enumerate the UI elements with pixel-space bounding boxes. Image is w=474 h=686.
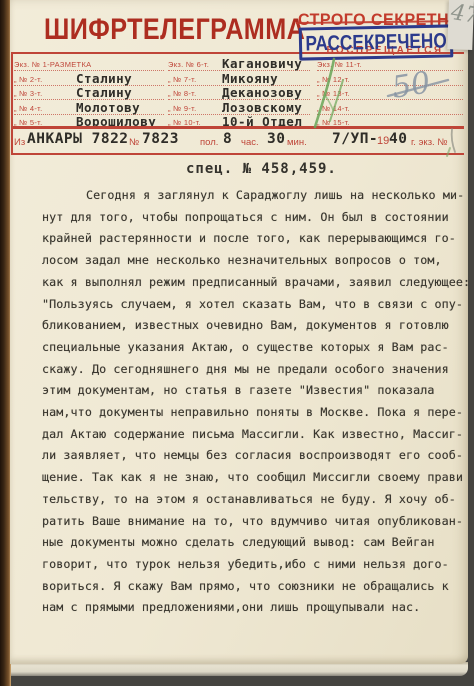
body-line: нам,что документы неправильно поняты в М… [42, 402, 466, 424]
distribution-row: „ № 8-т. Деканозову [168, 86, 310, 100]
copy-label: „ № 4-т. [14, 104, 42, 113]
declassified-stamp: РАССЕКРЕЧЕНО [299, 24, 454, 60]
recipient-name: Микояну [222, 71, 278, 86]
distribution-column-3: Экз. № 11-т. „ № 12-т. „ № 13-т. „ № 14-… [317, 57, 463, 125]
body-line: ли заявляет, что немцы без согласия восп… [42, 445, 466, 467]
recipient-name: Деканозову [222, 85, 302, 100]
copy-label: „ № 12-т. [317, 75, 350, 84]
copy-label: „ № 7-т. [168, 75, 196, 84]
body-line: нут для того, чтобы попрощаться с ним. О… [42, 207, 466, 229]
copy-label: Экз. № 11-т. [317, 60, 362, 69]
received-label: пол. [200, 137, 218, 148]
telegram-number: 7823 [142, 131, 179, 147]
body-line: вориться. Я скажу Вам прямо, что союзник… [42, 576, 466, 598]
received-minute: 30 [267, 131, 285, 147]
received-hour: 8 [223, 131, 232, 147]
body-line: щение. Так как я не знаю, что сообщил Ми… [42, 467, 466, 489]
distribution-row: „ № 4-т. Молотову [14, 100, 164, 114]
body-line: крайней растерянности и после того, как … [42, 228, 466, 250]
copy-label: Экз. № 6-т. [168, 60, 209, 69]
copy-label: „ № 3-т. [14, 89, 42, 98]
body-line: специальные указания Актаю, о существе к… [42, 337, 466, 359]
body-line: скажу. До сегодняшнего дня мы не предали… [42, 359, 466, 381]
year-value: 40 [389, 131, 407, 147]
distribution-column-1: Экз. № 1-РАЗМЕТКА „ № 2-т. Сталину „ № 3… [14, 57, 164, 125]
handwritten-page-number: 47 [449, 0, 474, 29]
distribution-row: „ № 9-т. Лозовскому [168, 100, 310, 114]
copy-label: „ № 2-т. [14, 75, 42, 84]
recipient-name: Сталину [76, 71, 132, 86]
recipient-name: Кагановичу [222, 56, 302, 71]
routing-line: Из АНКАРЫ 7822 № 7823 пол. 8 час. 30 мин… [10, 129, 468, 153]
date-value: 7/УП- [332, 131, 378, 147]
distribution-row: „ № 7-т. Микояну [168, 71, 310, 85]
body-line: нам с прямыми предложениями,они лишь про… [42, 597, 466, 619]
distribution-row: „ № 2-т. Сталину [14, 71, 164, 85]
distribution-row: Экз. № 6-т. Кагановичу [168, 57, 310, 71]
origin-city: АНКАРЫ 7822 [27, 131, 129, 147]
copy-label: „ № 14-т. [317, 104, 350, 113]
body-line: лосом задал мне несколько незначительных… [42, 250, 466, 272]
body-line: Сегодня я заглянул к Сараджоглу лишь на … [42, 185, 466, 207]
handwritten-crossed-number: 50 [389, 65, 432, 106]
body-line: бликованием, известных очевидно Вам, док… [42, 315, 466, 337]
page-stack-edge [10, 662, 468, 676]
distribution-row: Экз. № 1-РАЗМЕТКА [14, 57, 164, 71]
body-line: как я выполнял режим предписанный врачам… [42, 272, 466, 294]
routing-bottom-rule [11, 153, 464, 155]
distribution-row: „ № 14-т. [317, 100, 463, 114]
copy-label: „ № 13-т. [317, 89, 350, 98]
body-line: "Пользуясь случаем, я хотел сказать Вам,… [42, 294, 466, 316]
body-line: дал Актаю содержание письма Массигли. Ка… [42, 424, 466, 446]
from-label: Из [14, 137, 25, 148]
distribution-column-2: Экз. № 6-т. Кагановичу „ № 7-т. Микояну … [168, 57, 310, 125]
copy-label: „ № 8-т. [168, 89, 196, 98]
telegram-body: Сегодня я заглянул к Сараджоглу лишь на … [42, 185, 466, 619]
distribution-row: „ № 3-т. Сталину [14, 86, 164, 100]
body-line: тельству, то на этом я останавливаться н… [42, 489, 466, 511]
special-number-line: спец. № 458,459. [186, 161, 337, 177]
body-line: этим документам, но статья в газете "Изв… [42, 380, 466, 402]
form-title: ШИФРТЕЛЕГРАММА [44, 13, 305, 47]
copy-number-label: г. экз. № [411, 137, 448, 148]
recipient-name: Молотову [76, 100, 140, 115]
recipient-name: Сталину [76, 85, 132, 100]
year-prefix: 19 [377, 135, 389, 147]
copy-label: Экз. № 1-РАЗМЕТКА [14, 60, 91, 69]
body-line: ные документы можно сделать следующий вы… [42, 532, 466, 554]
distribution-row: „ № 13-т. [317, 86, 463, 100]
declassified-stamp-text: РАССЕКРЕЧЕНО [305, 29, 447, 56]
copy-label: „ № 9-т. [168, 104, 196, 113]
number-label: № [129, 137, 139, 148]
hours-label: час. [241, 137, 259, 148]
minutes-label: мин. [287, 137, 307, 148]
body-line: ратить Ваше внимание на то, что вдумчиво… [42, 511, 466, 533]
body-line: говорит, что турок нельзя убедить,ибо с … [42, 554, 466, 576]
recipient-name: Лозовскому [222, 100, 302, 115]
